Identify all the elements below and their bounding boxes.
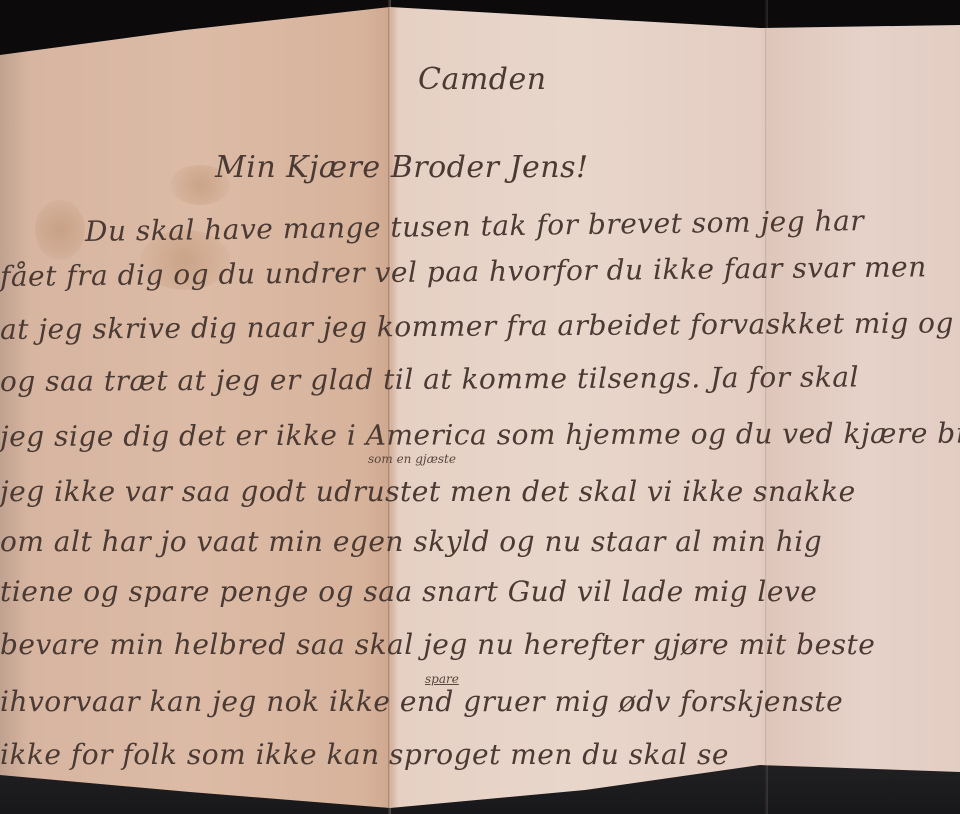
handwritten-letter: Camden Min Kjære Broder Jens! Du skal ha… (0, 0, 960, 814)
letter-salutation: Min Kjære Broder Jens! (215, 150, 589, 185)
letter-line: bevare min helbred saa skal jeg nu heref… (0, 628, 875, 661)
letter-line: om alt har jo vaat min egen skyld og nu … (0, 525, 822, 558)
interlinear-note: som en gjæste (368, 452, 456, 466)
letter-line: jeg sige dig det er ikke i America som h… (0, 416, 960, 453)
letter-line: Du skal have mange tusen tak for brevet … (85, 204, 865, 248)
letter-line: ihvorvaar kan jeg nok ikke end gruer mig… (0, 685, 843, 718)
interlinear-note: spare (425, 672, 459, 686)
letter-line: at jeg skrive dig naar jeg kommer fra ar… (0, 306, 960, 346)
letter-line: jeg ikke var saa godt udrustet men det s… (0, 475, 856, 508)
letter-line: og saa træt at jeg er glad til at komme … (0, 361, 859, 398)
letter-line: ikke for folk som ikke kan sproget men d… (0, 738, 729, 771)
letter-photograph: Camden Min Kjære Broder Jens! Du skal ha… (0, 0, 960, 814)
letter-place: Camden (418, 62, 547, 97)
letter-line: fået fra dig og du undrer vel paa hvorfo… (0, 250, 927, 293)
letter-line: tiene og spare penge og saa snart Gud vi… (0, 575, 817, 608)
